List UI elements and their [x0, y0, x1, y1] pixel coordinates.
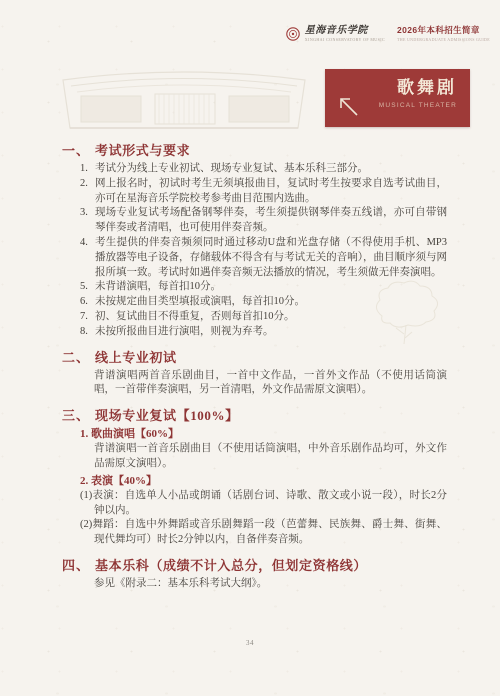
list-item: 8.未按所报曲目进行演唱，则视为弃考。	[62, 325, 447, 340]
list-item: 7.初、复试曲目不得重复，否则每首扣10分。	[62, 310, 447, 325]
section-paragraph: 背谱演唱两首音乐剧曲目，一首中文作品，一首外文作品（不使用话筒演唱，一首带伴奏演…	[94, 369, 447, 399]
item-number: 6.	[80, 295, 95, 310]
item-number: 1.	[80, 162, 95, 177]
badge-text: 歌舞剧 MUSICAL THEATER	[379, 78, 457, 110]
section-tab-musical-theater: 歌舞剧 MUSICAL THEATER	[325, 69, 470, 127]
item-number: 5.	[80, 280, 95, 295]
item-number: 4.	[80, 236, 95, 280]
item-text: 未背谱演唱，每首扣10分。	[95, 280, 447, 295]
school-seal-icon	[286, 27, 300, 41]
brochure-page: 星海音乐学院 XINGHAI CONSERVATORY OF MUSIC 202…	[0, 0, 500, 696]
subsection-item: (2)舞蹈：自选中外舞蹈或音乐剧舞蹈一段（芭蕾舞、民族舞、爵士舞、街舞、现代舞均…	[80, 518, 447, 548]
section-online-preliminary: 二、 线上专业初试 背谱演唱两首音乐剧曲目，一首中文作品，一首外文作品（不使用话…	[62, 347, 447, 399]
item-text: 未按所报曲目进行演唱，则视为弃考。	[95, 325, 447, 340]
concert-hall-line-art	[55, 60, 313, 138]
item-number: 7.	[80, 310, 95, 325]
section-onsite-final: 三、 现场专业复试【100%】 1. 歌曲演唱【60%】 背谱演唱一首音乐剧曲目…	[62, 405, 447, 548]
subsection-title-singing: 1. 歌曲演唱【60%】	[80, 427, 447, 442]
section-number: 二、	[62, 347, 95, 366]
list-item: 4.考生提供的伴奏音频须同时通过移动U盘和光盘存储（不得使用手机、MP3播放器等…	[62, 236, 447, 280]
section-title: 线上专业初试	[95, 347, 177, 366]
item-text: 现场专业复试考场配备钢琴伴奏，考生须提供钢琴伴奏五线谱，亦可自带钢琴伴奏或者清唱…	[95, 206, 447, 236]
section-heading: 二、 线上专业初试	[62, 347, 447, 366]
list-item: 1.考试分为线上专业初试、现场专业复试、基本乐科三部分。	[62, 162, 447, 177]
section-title: 考试形式与要求	[95, 140, 190, 159]
section-heading: 一、 考试形式与要求	[62, 140, 447, 159]
item-text: 未按规定曲目类型填报或演唱，每首扣10分。	[95, 295, 447, 310]
document-body: 一、 考试形式与要求 1.考试分为线上专业初试、现场专业复试、基本乐科三部分。 …	[62, 140, 447, 599]
arrow-up-left-icon	[336, 94, 360, 118]
brochure-title-group: 2026年本科招生简章 THE UNDERGRADUATE ADMISSIONS…	[397, 26, 490, 42]
badge-subtitle: MUSICAL THEATER	[379, 102, 457, 110]
item-text: 网上报名时，初试时考生无须填报曲目，复试时考生按要求自选考试曲目，亦可在星海音乐…	[95, 177, 447, 207]
section-heading: 三、 现场专业复试【100%】	[62, 405, 447, 424]
page-number: 34	[0, 639, 500, 647]
list-item: 2.网上报名时，初试时考生无须填报曲目，复试时考生按要求自选考试曲目，亦可在星海…	[62, 177, 447, 207]
section-heading: 四、 基本乐科（成绩不计入总分，但划定资格线）	[62, 555, 447, 574]
section-number: 四、	[62, 555, 95, 574]
subsection-title-acting: 2. 表演【40%】	[80, 474, 447, 489]
school-name: 星海音乐学院	[305, 26, 385, 36]
page-header: 星海音乐学院 XINGHAI CONSERVATORY OF MUSIC 202…	[286, 26, 490, 42]
list-item: 5.未背谱演唱，每首扣10分。	[62, 280, 447, 295]
item-number: 2.	[80, 177, 95, 207]
section-exam-format: 一、 考试形式与要求 1.考试分为线上专业初试、现场专业复试、基本乐科三部分。 …	[62, 140, 447, 340]
subsection-paragraph: 背谱演唱一首音乐剧曲目（不使用话筒演唱，中外音乐剧作品均可，外文作品需原文演唱）…	[94, 442, 447, 472]
school-name-english: XINGHAI CONSERVATORY OF MUSIC	[305, 37, 385, 42]
section-basic-music-theory: 四、 基本乐科（成绩不计入总分，但划定资格线） 参见《附录二：基本乐科考试大纲》…	[62, 555, 447, 592]
badge-title: 歌舞剧	[379, 78, 457, 98]
item-text: 初、复试曲目不得重复，否则每首扣10分。	[95, 310, 447, 325]
list-item: 3.现场专业复试考场配备钢琴伴奏，考生须提供钢琴伴奏五线谱，亦可自带钢琴伴奏或者…	[62, 206, 447, 236]
brochure-subtitle: THE UNDERGRADUATE ADMISSIONS GUIDE	[397, 37, 490, 42]
section-title: 现场专业复试【100%】	[95, 405, 239, 424]
section-number: 三、	[62, 405, 95, 424]
list-item: 6.未按规定曲目类型填报或演唱，每首扣10分。	[62, 295, 447, 310]
school-logo-text: 星海音乐学院 XINGHAI CONSERVATORY OF MUSIC	[305, 26, 385, 42]
section-title: 基本乐科（成绩不计入总分，但划定资格线）	[95, 555, 367, 574]
item-number: 3.	[80, 206, 95, 236]
section-number: 一、	[62, 140, 95, 159]
brochure-title: 2026年本科招生简章	[397, 26, 490, 35]
section-paragraph: 参见《附录二：基本乐科考试大纲》。	[94, 577, 447, 592]
item-text: 考试分为线上专业初试、现场专业复试、基本乐科三部分。	[95, 162, 447, 177]
item-text: 考生提供的伴奏音频须同时通过移动U盘和光盘存储（不得使用手机、MP3播放器等电子…	[95, 236, 447, 280]
item-number: 8.	[80, 325, 95, 340]
subsection-item: (1)表演：自选单人小品或朗诵（话剧台词、诗歌、散文或小说一段），时长2分钟以内…	[80, 489, 447, 519]
